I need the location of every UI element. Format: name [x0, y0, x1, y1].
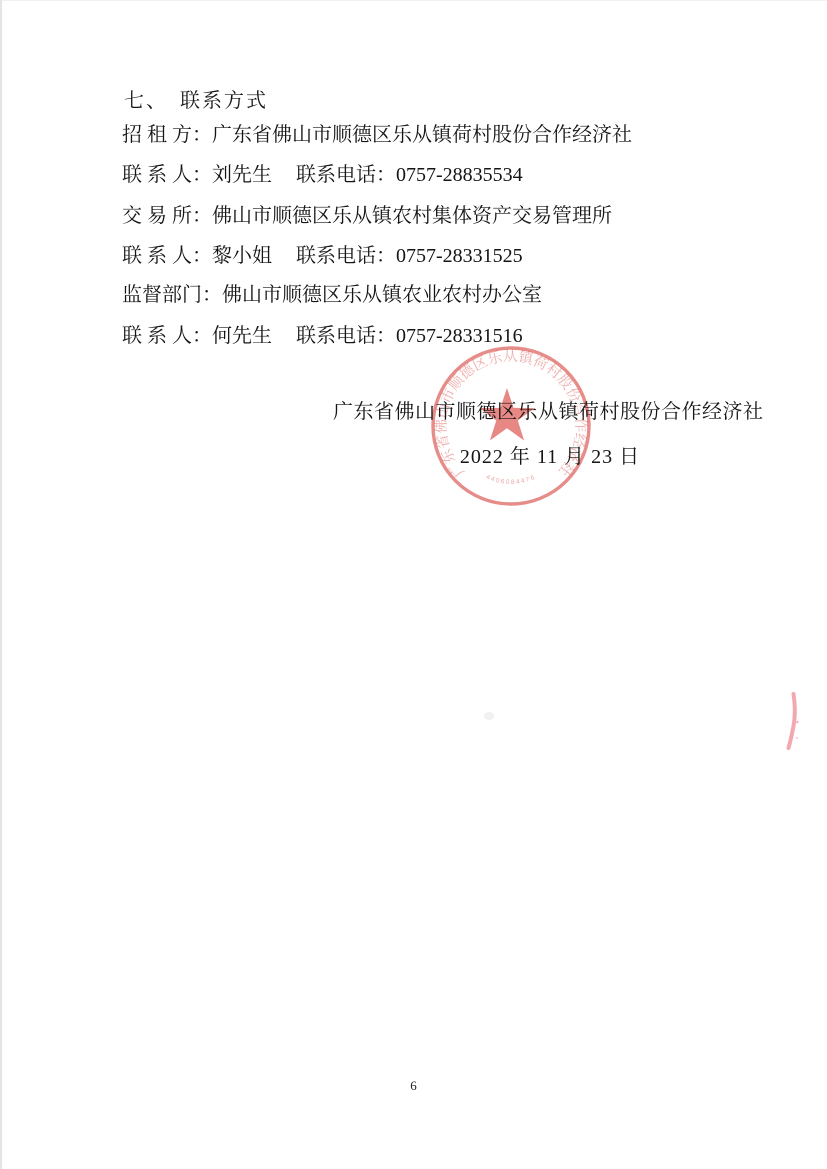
- contact-row-text: 招 租 方：广东省佛山市顺德区乐从镇荷村股份合作经济社: [122, 124, 632, 146]
- contact-row-phone: 联系电话：0757-28331525: [296, 245, 523, 267]
- svg-text:4406084476: 4406084476: [485, 474, 537, 486]
- contact-row-text: 交 易 所：佛山市顺德区乐从镇农村集体资产交易管理所: [122, 205, 612, 227]
- scan-edge-top: [0, 0, 827, 1]
- contact-row-supervisor: 监督部门：佛山市顺德区乐从镇农业农村办公室: [122, 282, 542, 308]
- contact-row-exchange: 交 易 所：佛山市顺德区乐从镇农村集体资产交易管理所: [122, 203, 612, 229]
- scan-edge-left: [0, 0, 2, 1169]
- page-number: 6: [0, 1078, 827, 1094]
- signature-date: 2022 年 11 月 23 日: [333, 445, 767, 469]
- faint-smudge: [484, 712, 494, 720]
- document-page: 七、 联系方式 招 租 方：广东省佛山市顺德区乐从镇荷村股份合作经济社 联 系 …: [0, 0, 827, 1169]
- contact-row-phone: 联系电话：0757-28835534: [296, 164, 523, 186]
- contact-row-text: 联 系 人：刘先生: [122, 164, 272, 186]
- contact-row-text: 联 系 人：黎小姐: [122, 245, 272, 267]
- contact-row-text: 监督部门：佛山市顺德区乐从镇农业农村办公室: [122, 284, 542, 306]
- signature-organization: 广东省佛山市顺德区乐从镇荷村股份合作经济社: [333, 400, 767, 424]
- contact-row-text: 联 系 人：何先生: [122, 325, 272, 347]
- contact-row-phone: 联系电话：0757-28331516: [296, 325, 523, 347]
- contact-row-tenant-party: 招 租 方：广东省佛山市顺德区乐从镇荷村股份合作经济社: [122, 122, 632, 148]
- seal-code: 4406084476: [485, 474, 537, 486]
- section-heading: 七、 联系方式: [124, 84, 268, 113]
- red-edge-mark: [778, 686, 808, 756]
- signature-block: 广东省佛山市顺德区乐从镇荷村股份合作经济社 2022 年 11 月 23 日: [333, 400, 767, 469]
- contact-row-person-3: 联 系 人：何先生联系电话：0757-28331516: [122, 323, 523, 349]
- contact-row-person-1: 联 系 人：刘先生联系电话：0757-28835534: [122, 162, 523, 188]
- contact-row-person-2: 联 系 人：黎小姐联系电话：0757-28331525: [122, 243, 523, 269]
